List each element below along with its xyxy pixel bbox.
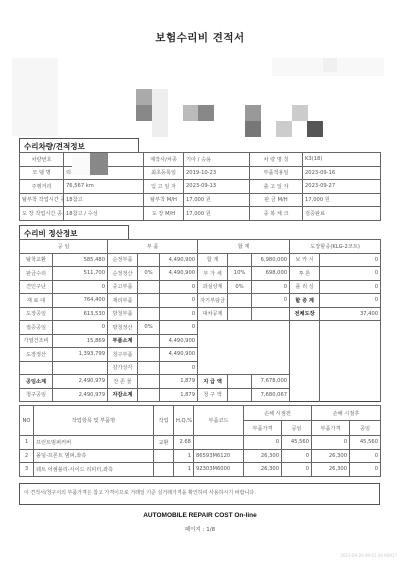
parts-rate: [138, 361, 160, 375]
settlement-row: 가열건조비15,869부품소계4,490,900: [20, 334, 381, 348]
part-code-header: 부품코드: [194, 406, 244, 436]
after-labor: 0: [350, 463, 381, 477]
total-label: 지 급 액: [198, 375, 228, 389]
field-label: 판 금 M/H: [250, 193, 303, 207]
parts-label: 순정부품: [108, 253, 138, 267]
labor-label: 청구공임: [20, 388, 53, 402]
field-value: K3(18): [303, 153, 381, 167]
settlement-row: 판금수리511,700순정정산0%4,490,900부 가 세10%698,00…: [20, 267, 381, 281]
parts-value: 4,490,900: [160, 334, 198, 348]
settlement-row: 청구공임2,490,979자감소계1,879청 구 액7,680,067: [20, 388, 381, 402]
labor-value: 613,530: [53, 307, 108, 321]
field-label: 부품적용일: [250, 166, 303, 180]
labor-label: 가열건조비: [20, 334, 53, 348]
total-header: 합 계: [198, 240, 290, 254]
vehicle-info-section-title: 수리차량/견적정보: [19, 138, 139, 152]
vehicle-info-row: 탈부착 작업시간 종류18참고탈부착 M/H17,000 원판 금 M/H17,…: [20, 193, 381, 207]
labor-value: 15,869: [53, 334, 108, 348]
redacted-vehicle-number: [90, 153, 108, 175]
settlement-row: 재 료 대764,400재리부품0자기부담금0할 증 계0: [20, 294, 381, 308]
parts-rate: [138, 375, 160, 389]
labor-header: 공 임: [20, 240, 108, 254]
field-value: 18참고 / 수성: [64, 207, 144, 221]
parts-label: 감가상각: [108, 361, 138, 375]
field-value: 2023-09-13: [184, 180, 250, 194]
part-code: 86593M6120: [194, 449, 244, 463]
parts-value: 0: [160, 321, 198, 335]
item-name: 몰딩-프론트 범퍼,좌측: [34, 449, 154, 463]
parts-label: 순정정산: [108, 267, 138, 281]
field-label: 탈부착 작업시간 종류: [20, 193, 64, 207]
paint-label: 할 증 계: [290, 294, 320, 308]
notice-box: 이 견적서/청구서의 부품가격은 참고 가격이므로 거래일 기준 실거래가격을 …: [19, 483, 380, 505]
parts-value: 0: [160, 361, 198, 375]
parts-rate: [138, 348, 160, 362]
field-label: 중 복 체 크: [250, 207, 303, 221]
labor-value: 0: [53, 280, 108, 294]
paint-value: 0: [320, 294, 381, 308]
parts-value: 0: [160, 294, 198, 308]
labor-label: 견인구난: [20, 280, 53, 294]
parts-value: 4,490,900: [160, 253, 198, 267]
empty-cell: [320, 375, 381, 389]
total-value: 698,000: [252, 267, 290, 281]
hq-value: 1: [174, 449, 194, 463]
redacted-block: [152, 89, 168, 137]
total-label: 청 구 액: [198, 388, 228, 402]
parts-rate: [138, 280, 160, 294]
labor-label: 공임소계: [20, 375, 53, 389]
vehicle-info-row: 주행거리76,567 km입 고 일 자2023-09-13출 고 일 자202…: [20, 180, 381, 194]
part-code: 92303M6000: [194, 463, 244, 477]
parts-header: 부 품: [108, 240, 198, 254]
parts-row: 1프런트범퍼커버교환2.68045,560045,560: [20, 436, 381, 450]
parts-rate: [138, 253, 160, 267]
settlement-row: 공임소계2,490,979잔 존 물1,879지 급 액7,678,000: [20, 375, 381, 389]
parts-rate: 0%: [138, 267, 160, 281]
labor-value: 2,490,979: [53, 375, 108, 389]
after-labor: 0: [350, 449, 381, 463]
after-labor-header: 공임: [350, 421, 381, 436]
item-name: 웨트 어셈블리-사이드 리피터,좌측: [34, 463, 154, 477]
paint-label: 보 카 시: [290, 253, 320, 267]
document-title: 보험수리비 견적서: [0, 30, 400, 45]
total-rate: 0%: [228, 280, 252, 294]
labor-value: [53, 361, 108, 375]
parts-label: 부품소계: [108, 334, 138, 348]
settlement-row: 절증공임0방청정산0%0: [20, 321, 381, 335]
labor-value: 0: [53, 321, 108, 335]
parts-header-row: NO작업항목 및 부품명작업H,Q,%부품코드손해 시점전손해 시점후: [20, 406, 381, 421]
work-header: 작업: [154, 406, 174, 436]
field-value: 17,000 원: [303, 193, 381, 207]
total-label: 과실상계: [198, 280, 228, 294]
redacted-vehicle-number-halo: [72, 153, 90, 175]
total-rate: [228, 307, 252, 321]
before-price: 26,300: [244, 463, 282, 477]
redacted-block: [12, 58, 58, 136]
labor-label: 탈착교환: [20, 253, 53, 267]
redacted-block: [245, 121, 261, 137]
hq-value: 1: [174, 463, 194, 477]
settlement-row: 감가상각0: [20, 361, 381, 375]
total-label: 부 가 세: [198, 267, 228, 281]
before-price: 26,300: [244, 449, 282, 463]
row-number: 1: [20, 436, 34, 450]
redacted-block: [245, 105, 261, 121]
total-value: [252, 307, 290, 321]
page-indicator: 페이지 : 1/8: [0, 525, 400, 533]
field-label: 최초등록일: [144, 166, 184, 180]
parts-value: 4,490,900: [160, 348, 198, 362]
parts-value: 1,879: [160, 388, 198, 402]
field-label: 입 고 일 자: [144, 180, 184, 194]
parts-rate: 0%: [138, 321, 160, 335]
settlement-row: 견인구난0중고부품0과실상계0%0플 리 싱0: [20, 280, 381, 294]
before-price-header: 부품가격: [244, 421, 282, 436]
field-label: 출 고 일 자: [250, 180, 303, 194]
field-value: 17,000 원: [184, 193, 250, 207]
empty-cell: [198, 334, 290, 348]
labor-value: 2,490,979: [53, 388, 108, 402]
parts-rate: [138, 294, 160, 308]
paint-value: 0: [320, 280, 381, 294]
field-value: 2023-09-16: [303, 166, 381, 180]
redacted-block: [136, 89, 152, 105]
total-label: 합 계: [198, 253, 228, 267]
parts-value: 1,879: [160, 375, 198, 389]
empty-cell: [290, 334, 320, 348]
after-price-header: 부품가격: [312, 421, 350, 436]
paint-surcharge-header: 도장할증(KLG-2코트): [290, 240, 381, 254]
empty-cell: [198, 321, 290, 335]
labor-label: [20, 361, 53, 375]
total-rate: 10%: [228, 267, 252, 281]
parts-label: 중고부품: [108, 280, 138, 294]
footer-title: AUTOMOBILE REPAIR COST On-line: [0, 512, 400, 519]
paint-label: 플 리 싱: [290, 280, 320, 294]
redacted-block: [307, 121, 323, 137]
field-value: 17,000 원: [184, 207, 250, 221]
row-number: 3: [20, 463, 34, 477]
settlement-header-row: 공 임부 품합 계도장할증(KLG-2코트): [20, 240, 381, 254]
field-label: 탈부착 M/H: [144, 193, 184, 207]
parts-rate: [138, 307, 160, 321]
parts-label: 방청정산: [108, 321, 138, 335]
total-value: 6,980,000: [252, 253, 290, 267]
field-label: 차 량 명 칭: [250, 153, 303, 167]
field-value: 2023-09-27: [303, 180, 381, 194]
redacted-block: [136, 105, 152, 121]
paint-value: 0: [320, 253, 381, 267]
field-label: 도 장 작업시간 종류: [20, 207, 64, 221]
empty-cell: [290, 348, 320, 362]
total-rate: [228, 375, 252, 389]
print-timestamp: 2023-09-29 09:01:36 K0917: [340, 553, 397, 558]
field-label: 도 장 M/H: [144, 207, 184, 221]
parts-table: NO작업항목 및 부품명작업H,Q,%부품코드손해 시점전손해 시점후부품가격공…: [19, 405, 381, 477]
after-price: 26,300: [312, 449, 350, 463]
parts-label: 잔 존 물: [108, 375, 138, 389]
parts-row: 2몰딩-프론트 범퍼,좌측186593M612026,300026,3000: [20, 449, 381, 463]
work-type: [154, 449, 174, 463]
labor-value: 585,480: [53, 253, 108, 267]
redacted-block: [183, 105, 198, 121]
labor-label: 재 료 대: [20, 294, 53, 308]
after-loss-header: 손해 시점후: [312, 406, 381, 421]
empty-cell: [320, 334, 381, 348]
field-label: 차량번호: [20, 153, 64, 167]
redacted-block: [292, 105, 308, 121]
total-label: 자기부담금: [198, 294, 228, 308]
parts-label: 자감소계: [108, 388, 138, 402]
total-value: 7,678,000: [252, 375, 290, 389]
hq-value: 2.68: [174, 436, 194, 450]
parts-label: 방청부품: [108, 307, 138, 321]
field-value: 2019-10-23: [184, 166, 250, 180]
settlement-row: 도장정산1,393,799청구부품4,490,900: [20, 348, 381, 362]
parts-value: 0: [160, 280, 198, 294]
empty-cell: [290, 375, 320, 389]
empty-cell: [290, 388, 320, 402]
item-name: 프런트범퍼커버: [34, 436, 154, 450]
vehicle-info-row: 도 장 작업시간 종류18참고 / 수성도 장 M/H17,000 원중 복 체…: [20, 207, 381, 221]
after-price: 0: [312, 436, 350, 450]
item-header: 작업항목 및 부품명: [34, 406, 154, 436]
field-value: 18참고: [64, 193, 144, 207]
field-label: 주행거리: [20, 180, 64, 194]
hq-header: H,Q,%: [174, 406, 194, 436]
field-label: 모 델 명: [20, 166, 64, 180]
parts-value: 4,490,900: [160, 267, 198, 281]
before-loss-header: 손해 시점전: [244, 406, 312, 421]
settlement-table: 공 임부 품합 계도장할증(KLG-2코트)탈착교환585,480순정부품4,4…: [19, 239, 381, 402]
row-number: 2: [20, 449, 34, 463]
empty-cell: [198, 348, 290, 362]
empty-cell: [290, 361, 320, 375]
field-value: 검증완료: [303, 207, 381, 221]
after-labor: 45,560: [350, 436, 381, 450]
redacted-block: [323, 58, 337, 72]
labor-label: 도장정산: [20, 348, 53, 362]
parts-value: 0: [160, 307, 198, 321]
parts-label: 청구부품: [108, 348, 138, 362]
paint-value: 37,400: [320, 307, 381, 321]
no-header: NO: [20, 406, 34, 436]
paint-label: 투 톤: [290, 267, 320, 281]
empty-cell: [290, 321, 320, 335]
total-rate: [228, 253, 252, 267]
before-labor: 0: [282, 449, 312, 463]
empty-cell: [320, 321, 381, 335]
settlement-section-title: 수리비 정산정보: [19, 225, 129, 239]
labor-label: 절증공임: [20, 321, 53, 335]
paint-value: 0: [320, 267, 381, 281]
empty-cell: [320, 388, 381, 402]
work-type: 교환: [154, 436, 174, 450]
before-labor: 45,560: [282, 436, 312, 450]
empty-cell: [198, 361, 290, 375]
total-rate: [228, 388, 252, 402]
before-labor: 0: [282, 463, 312, 477]
parts-rate: [138, 388, 160, 402]
labor-value: 1,393,799: [53, 348, 108, 362]
total-label: 대차공제: [198, 307, 228, 321]
total-value: 0: [252, 280, 290, 294]
field-value: 76,567 km: [64, 180, 144, 194]
redacted-block: [198, 105, 214, 121]
settlement-row: 도장공임613,530방청부품0대차공제전체도장37,400: [20, 307, 381, 321]
work-type: [154, 463, 174, 477]
parts-rate: [138, 334, 160, 348]
labor-label: 도장공임: [20, 307, 53, 321]
settlement-row: 탈착교환585,480순정부품4,490,900합 계6,980,000보 카 …: [20, 253, 381, 267]
labor-value: 511,700: [53, 267, 108, 281]
empty-cell: [320, 361, 381, 375]
empty-cell: [320, 348, 381, 362]
parts-label: 재리부품: [108, 294, 138, 308]
redacted-block: [276, 121, 292, 137]
parts-row: 3웨트 어셈블리-사이드 리피터,좌측192303M600026,300026,…: [20, 463, 381, 477]
field-label: 제작사/차종: [144, 153, 184, 167]
total-rate: [228, 294, 252, 308]
labor-label: 판금수리: [20, 267, 53, 281]
labor-value: 764,400: [53, 294, 108, 308]
field-value: 기아 / 승용: [184, 153, 250, 167]
part-code: [194, 436, 244, 450]
before-price: 0: [244, 436, 282, 450]
before-labor-header: 공임: [282, 421, 312, 436]
paint-label: 전체도장: [290, 307, 320, 321]
total-value: 0: [252, 294, 290, 308]
after-price: 26,300: [312, 463, 350, 477]
total-value: 7,680,067: [252, 388, 290, 402]
